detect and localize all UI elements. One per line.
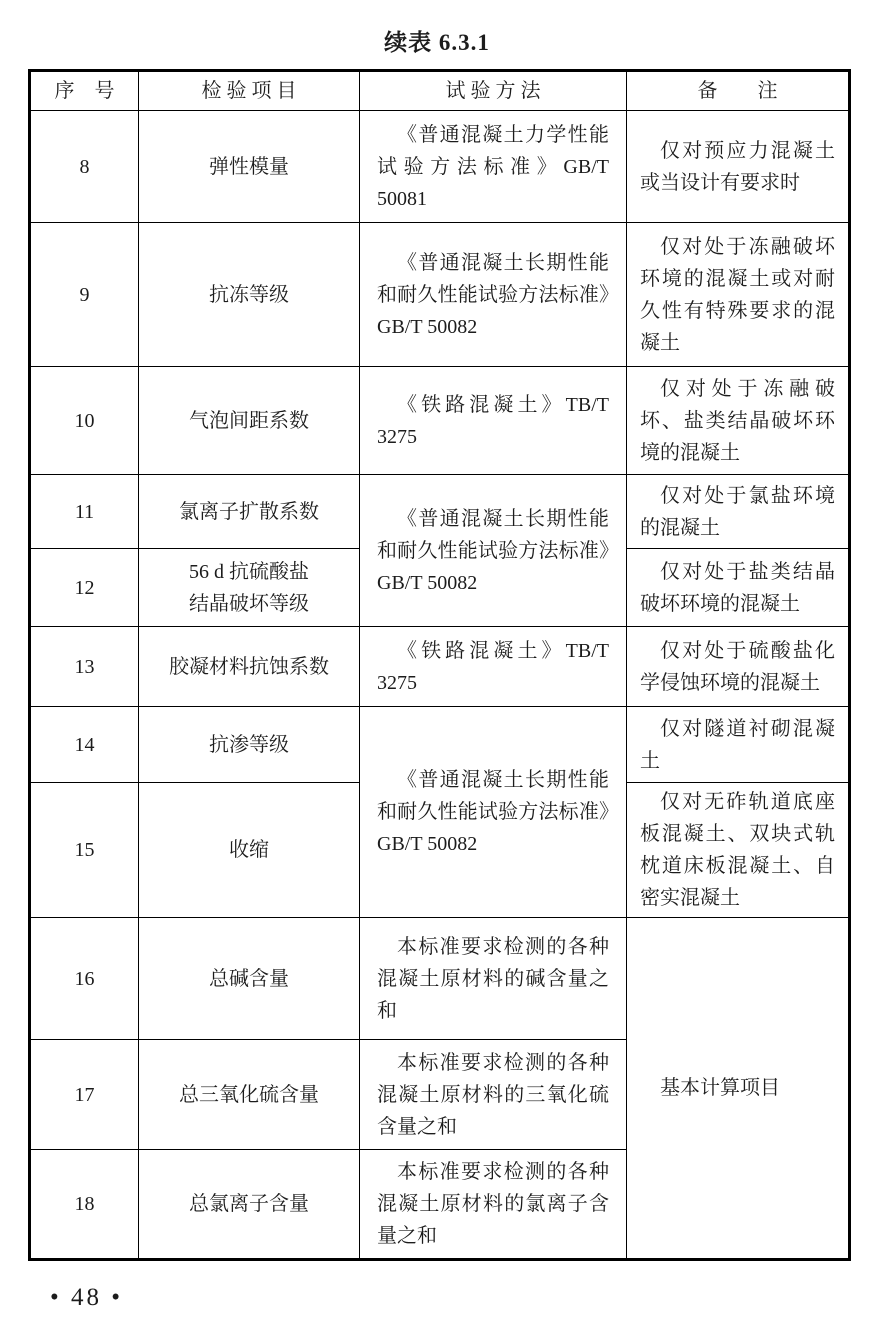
cell-method: 《铁路混凝土》TB/T 3275 (360, 367, 627, 475)
cell-method: 《铁路混凝土》TB/T 3275 (360, 627, 627, 707)
table-row: 11 氯离子扩散系数 《普通混凝土长期性能和耐久性能试验方法标准》GB/T 50… (30, 475, 850, 549)
table-row: 8 弹性模量 《普通混凝土力学性能试验方法标准》GB/T 50081 仅对预应力… (30, 111, 850, 223)
method-text: 《普通混凝土力学性能试验方法标准》GB/T 50081 (360, 119, 626, 215)
cell-method: 本标准要求检测的各种混凝土原材料的三氧化硫含量之和 (360, 1040, 627, 1150)
table-row: 13 胶凝材料抗蚀系数 《铁路混凝土》TB/T 3275 仅对处于硫酸盐化学侵蚀… (30, 627, 850, 707)
cell-method: 本标准要求检测的各种混凝土原材料的碱含量之和 (360, 918, 627, 1040)
header-remark: 备 注 (627, 71, 850, 111)
method-text: 本标准要求检测的各种混凝土原材料的氯离子含量之和 (360, 1156, 626, 1252)
cell-item: 氯离子扩散系数 (139, 475, 360, 549)
cell-item: 弹性模量 (139, 111, 360, 223)
inspection-items-table: 序 号 检 验 项 目 试 验 方 法 备 注 8 弹性模量 《普通混凝土力学性… (28, 69, 851, 1261)
page-number: • 48 • (50, 1284, 123, 1312)
cell-remark: 仅对处于冻融破坏环境的混凝土或对耐久性有特殊要求的混凝土 (627, 223, 850, 367)
cell-remark: 仅对隧道衬砌混凝土 (627, 707, 850, 783)
cell-remark: 仅对预应力混凝土或当设计有要求时 (627, 111, 850, 223)
cell-item: 总氯离子含量 (139, 1150, 360, 1260)
cell-no: 18 (30, 1150, 139, 1260)
remark-text: 仅对无砟轨道底座板混凝土、双块式轨枕道床板混凝土、自密实混凝土 (627, 786, 848, 914)
cell-no: 13 (30, 627, 139, 707)
method-text: 《普通混凝土长期性能和耐久性能试验方法标准》GB/T 50082 (360, 247, 626, 343)
header-method: 试 验 方 法 (360, 71, 627, 111)
header-item: 检 验 项 目 (139, 71, 360, 111)
cell-method: 《普通混凝土力学性能试验方法标准》GB/T 50081 (360, 111, 627, 223)
cell-item: 总三氧化硫含量 (139, 1040, 360, 1150)
cell-item: 收缩 (139, 783, 360, 918)
cell-method: 《普通混凝土长期性能和耐久性能试验方法标准》GB/T 50082 (360, 223, 627, 367)
cell-remark: 仅对处于氯盐环境的混凝土 (627, 475, 850, 549)
cell-no: 14 (30, 707, 139, 783)
cell-method-merged: 《普通混凝土长期性能和耐久性能试验方法标准》GB/T 50082 (360, 707, 627, 918)
method-text: 《普通混凝土长期性能和耐久性能试验方法标准》GB/T 50082 (360, 503, 626, 599)
cell-remark: 仅对处于冻融破坏、盐类结晶破坏环境的混凝土 (627, 367, 850, 475)
table-row: 9 抗冻等级 《普通混凝土长期性能和耐久性能试验方法标准》GB/T 50082 … (30, 223, 850, 367)
method-text: 本标准要求检测的各种混凝土原材料的三氧化硫含量之和 (360, 1047, 626, 1143)
table-header-row: 序 号 检 验 项 目 试 验 方 法 备 注 (30, 71, 850, 111)
method-text: 《铁路混凝土》TB/T 3275 (360, 635, 626, 699)
cell-remark: 仅对处于硫酸盐化学侵蚀环境的混凝土 (627, 627, 850, 707)
remark-text: 仅对处于盐类结晶破坏环境的混凝土 (627, 556, 848, 620)
cell-remark: 仅对处于盐类结晶破坏环境的混凝土 (627, 549, 850, 627)
table-row: 16 总碱含量 本标准要求检测的各种混凝土原材料的碱含量之和 基本计算项目 (30, 918, 850, 1040)
table-row: 14 抗渗等级 《普通混凝土长期性能和耐久性能试验方法标准》GB/T 50082… (30, 707, 850, 783)
cell-no: 15 (30, 783, 139, 918)
header-no: 序 号 (30, 71, 139, 111)
cell-method: 本标准要求检测的各种混凝土原材料的氯离子含量之和 (360, 1150, 627, 1260)
remark-text: 仅对处于冻融破坏环境的混凝土或对耐久性有特殊要求的混凝土 (627, 231, 848, 359)
remark-text: 仅对处于氯盐环境的混凝土 (627, 480, 848, 544)
cell-no: 12 (30, 549, 139, 627)
cell-no: 16 (30, 918, 139, 1040)
page-title: 续表 6.3.1 (0, 24, 874, 57)
cell-method-merged: 《普通混凝土长期性能和耐久性能试验方法标准》GB/T 50082 (360, 475, 627, 627)
method-text: 《普通混凝土长期性能和耐久性能试验方法标准》GB/T 50082 (360, 764, 626, 860)
cell-no: 9 (30, 223, 139, 367)
remark-text: 仅对处于硫酸盐化学侵蚀环境的混凝土 (627, 635, 848, 699)
cell-remark-merged: 基本计算项目 (627, 918, 850, 1260)
cell-item: 总碱含量 (139, 918, 360, 1040)
remark-text: 仅对隧道衬砌混凝土 (627, 713, 848, 777)
remark-text: 仅对处于冻融破坏、盐类结晶破坏环境的混凝土 (627, 373, 848, 469)
cell-item: 抗冻等级 (139, 223, 360, 367)
cell-no: 10 (30, 367, 139, 475)
remark-text: 基本计算项目 (627, 1072, 848, 1104)
cell-item: 56 d 抗硫酸盐 结晶破坏等级 (139, 549, 360, 627)
cell-no: 17 (30, 1040, 139, 1150)
cell-item: 胶凝材料抗蚀系数 (139, 627, 360, 707)
table-row: 10 气泡间距系数 《铁路混凝土》TB/T 3275 仅对处于冻融破坏、盐类结晶… (30, 367, 850, 475)
method-text: 《铁路混凝土》TB/T 3275 (360, 389, 626, 453)
cell-remark: 仅对无砟轨道底座板混凝土、双块式轨枕道床板混凝土、自密实混凝土 (627, 783, 850, 918)
cell-no: 11 (30, 475, 139, 549)
method-text: 本标准要求检测的各种混凝土原材料的碱含量之和 (360, 931, 626, 1027)
cell-no: 8 (30, 111, 139, 223)
remark-text: 仅对预应力混凝土或当设计有要求时 (627, 135, 848, 199)
cell-item: 气泡间距系数 (139, 367, 360, 475)
cell-item: 抗渗等级 (139, 707, 360, 783)
